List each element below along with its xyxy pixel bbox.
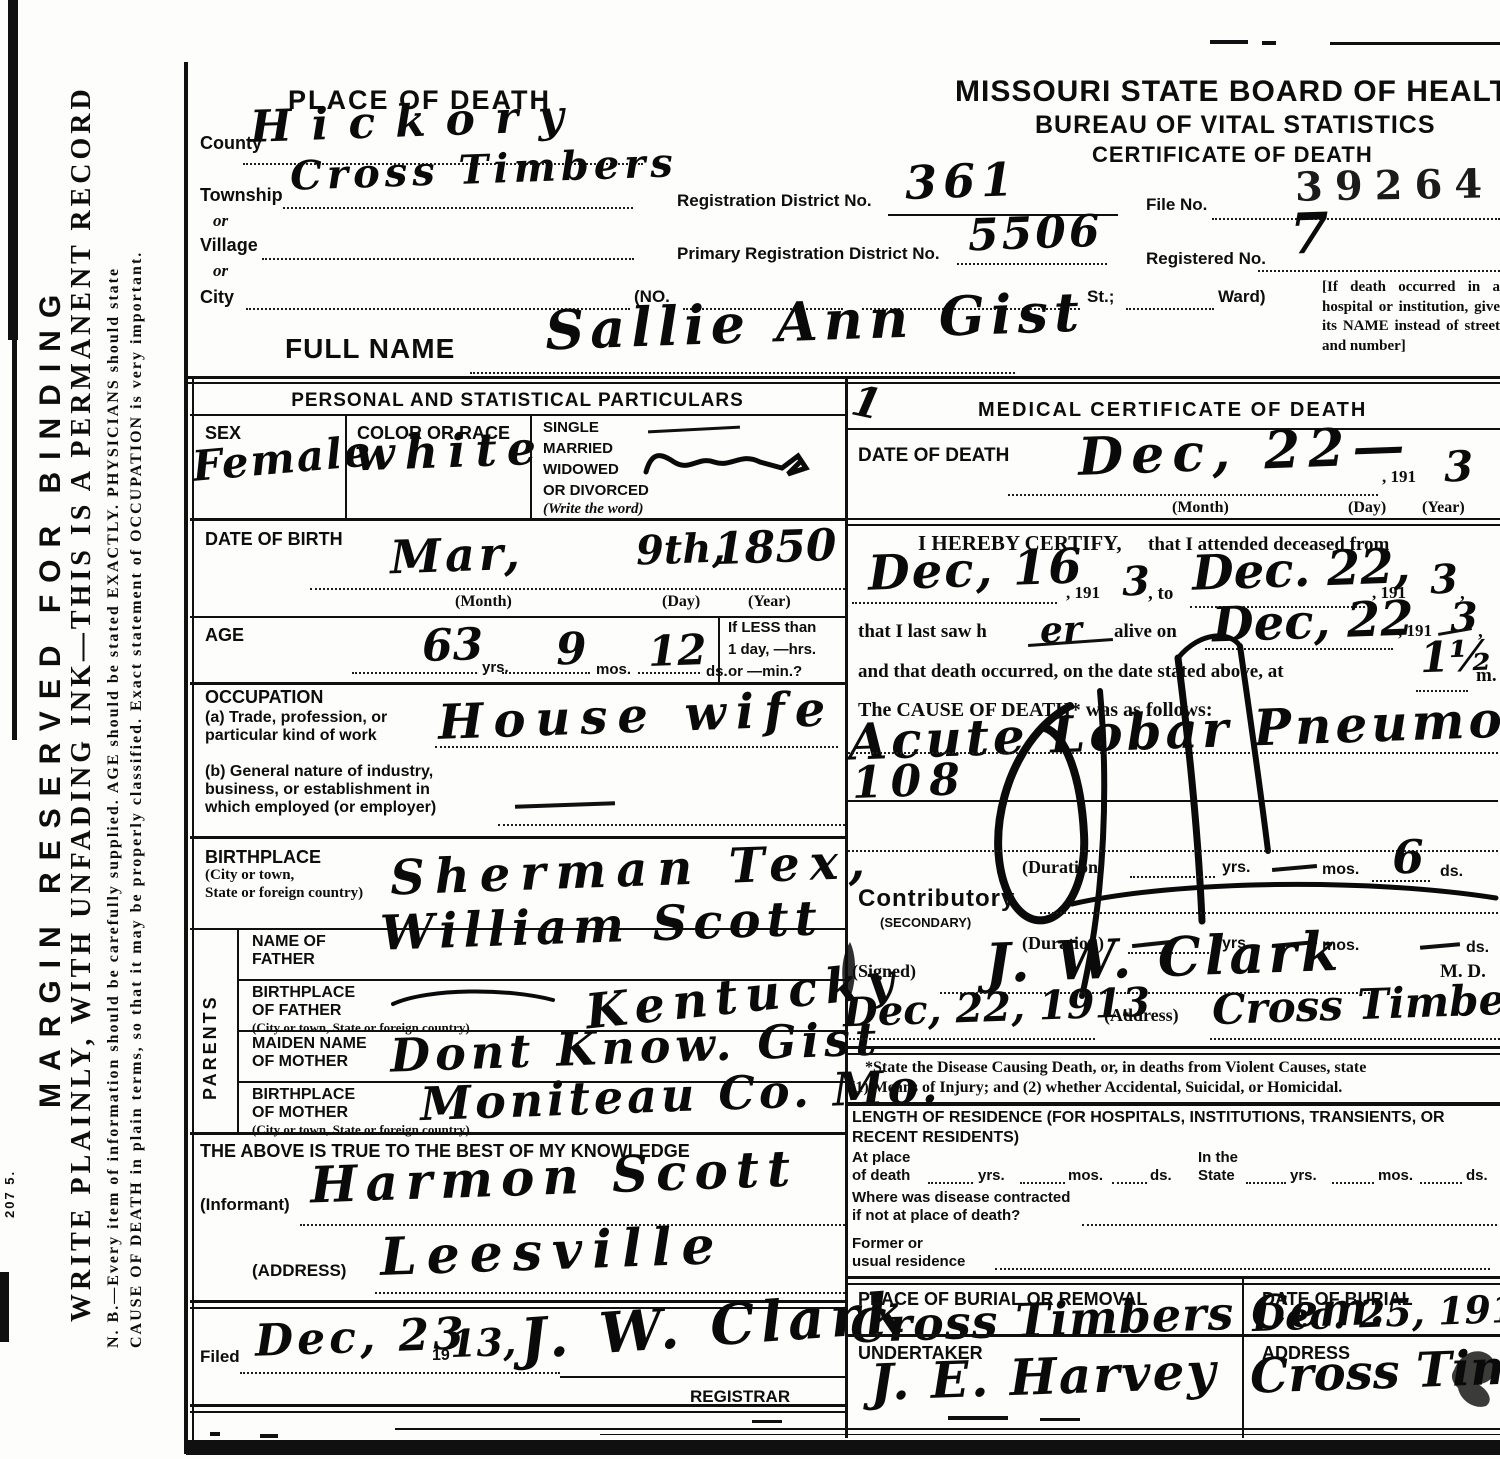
ruled-line — [1332, 1182, 1374, 1184]
occupation-b-label3: which employed (or employer) — [205, 800, 436, 817]
disease-contracted-label1: Where was disease contracted — [852, 1190, 1070, 1206]
primary-registration-value: 5506 — [967, 210, 1103, 259]
registration-district-value: 361 — [904, 156, 1020, 206]
date-of-death-label: DATE OF DEATH — [858, 446, 1009, 466]
ruled-line — [283, 207, 633, 209]
contributory-label: Contributory — [858, 886, 1015, 911]
row-border — [845, 524, 1500, 526]
main-top-border — [186, 382, 1500, 384]
dob-day-value: 9th, — [635, 528, 726, 571]
marital-widowed-label: WIDOWED — [543, 462, 619, 478]
scan-dash — [1040, 1418, 1080, 1421]
dob-year-value: 1850 — [713, 524, 837, 572]
father-name-label1: NAME OF — [252, 934, 326, 951]
mother-birthplace-label2: OF MOTHER — [252, 1105, 348, 1122]
printed-191: , 191 — [1066, 584, 1100, 602]
informant-address-value: Leesville — [379, 1220, 725, 1284]
bureau-subtitle: BUREAU OF VITAL STATISTICS — [1035, 112, 1436, 138]
margin-permanent-record-note: WRITE PLAINLY, WITH UNFADING INK—THIS IS… — [66, 85, 98, 1322]
physician-address-value: Cross Timbers, M — [1211, 975, 1500, 1031]
filed-year-printed: 19 — [432, 1348, 450, 1365]
ruled-line — [1210, 1038, 1500, 1040]
death-certificate-scan: MARGIN RESERVED FOR BINDING WRITE PLAINL… — [0, 0, 1500, 1459]
ruled-line — [995, 1268, 1490, 1270]
row-border — [190, 616, 845, 618]
row-border — [190, 1132, 845, 1135]
cell-divider — [530, 414, 532, 518]
at-place-label2: of death — [852, 1168, 910, 1184]
day-sublabel: (Day) — [662, 594, 700, 611]
ruled-line — [1112, 1182, 1147, 1184]
in-state-label1: In the — [1198, 1150, 1238, 1166]
cell-divider — [345, 414, 347, 518]
ruled-line — [1008, 494, 1378, 496]
ruled-line — [395, 1428, 1500, 1430]
bottom-scan-bar — [186, 1440, 1500, 1455]
mother-maiden-label2: OF MOTHER — [252, 1054, 348, 1071]
if-less-line3: or —min.? — [728, 664, 802, 680]
margin-nb-note: N. B.—Every item of information should b… — [102, 251, 148, 1348]
date-of-death-value: Dec, 22— — [1077, 420, 1413, 484]
footnote-line2: (1) Means of Injury; and (2) whether Acc… — [850, 1080, 1342, 1097]
hospital-note: [If death occurred in a hospital or inst… — [1322, 278, 1500, 356]
row-border — [190, 518, 845, 521]
form-left-border — [184, 62, 188, 1454]
former-residence-label2: usual residence — [852, 1254, 965, 1270]
row-border — [845, 1102, 1500, 1106]
ruled-line — [190, 414, 845, 416]
ruled-line — [502, 672, 590, 674]
ruled-line — [240, 1372, 560, 1374]
occupation-value: House wife — [437, 685, 836, 747]
ruled-line — [928, 1182, 973, 1184]
informant-label: (Informant) — [200, 1196, 290, 1214]
ink-dash-curve — [388, 986, 558, 1010]
row-border — [845, 1046, 1500, 1049]
footnote-line1: *State the Disease Causing Death, or, in… — [865, 1060, 1366, 1077]
village-label: Village — [200, 236, 258, 255]
row-border — [845, 1283, 1500, 1285]
scan-top-dash — [1210, 40, 1248, 44]
ruled-line — [1212, 218, 1500, 220]
street-label: St.; — [1087, 288, 1114, 306]
age-months-value: 9 — [555, 627, 587, 672]
attended-from-date: Dec, 16 — [867, 542, 1084, 597]
filed-label: Filed — [200, 1348, 240, 1366]
board-title: MISSOURI STATE BOARD OF HEALTH — [955, 76, 1500, 108]
marital-single-label: SINGLE — [543, 420, 599, 436]
at-place-label1: At place — [852, 1150, 910, 1166]
mos-label: mos. — [1068, 1168, 1103, 1184]
margin-nb-line1: N. B.—Every item of information should b… — [102, 251, 125, 1348]
stray-ink-mark: 1 — [848, 379, 885, 426]
in-state-label2: State — [1198, 1168, 1235, 1184]
row-border — [845, 1334, 1500, 1337]
occupation-b-label1: (b) General nature of industry, — [205, 764, 433, 781]
city-label: City — [200, 288, 234, 307]
ruled-line — [1040, 912, 1498, 914]
filed-year-value: 13, — [449, 1323, 516, 1363]
former-residence-label1: Former or — [852, 1236, 923, 1252]
margin-corner-fragment: 207 5. — [2, 1170, 17, 1218]
yrs-label: yrs. — [1290, 1168, 1317, 1184]
birthplace-label: BIRTHPLACE — [205, 848, 321, 867]
registration-district-label: Registration District No. — [677, 192, 872, 210]
ruled-line — [1420, 1182, 1462, 1184]
scan-dash — [948, 1416, 1008, 1420]
informant-signature: Harmon Scott — [309, 1143, 799, 1210]
marital-status-scribble — [640, 438, 815, 488]
ruled-line — [600, 1434, 1500, 1435]
ruled-line — [1020, 1182, 1065, 1184]
if-less-line1: If LESS than — [728, 620, 816, 636]
form-left-border-inner — [192, 378, 194, 1440]
ruled-line — [352, 672, 477, 674]
parents-side-label: PARENTS — [200, 994, 221, 1100]
row-border — [190, 1411, 845, 1413]
date-of-birth-label: DATE OF BIRTH — [205, 530, 343, 549]
age-years-value: 63 — [421, 623, 484, 669]
attended-from-year-digit: 3 — [1121, 562, 1150, 603]
county-value: Hickory — [249, 94, 584, 150]
ruled-line — [498, 824, 845, 826]
year-sublabel: (Year) — [1422, 500, 1465, 517]
row-border — [845, 1276, 1500, 1279]
occupation-a-label1: (a) Trade, profession, or — [205, 710, 387, 727]
informant-address-label: (ADDRESS) — [252, 1262, 346, 1280]
year-sublabel: (Year) — [748, 594, 791, 611]
secondary-label: (SECONDARY) — [880, 916, 971, 930]
township-value: Cross Timbers — [289, 143, 678, 197]
father-name-label2: FATHER — [252, 952, 315, 969]
scan-dash — [752, 1420, 782, 1423]
dob-month-value: Mar, — [389, 530, 524, 581]
residence-title-line2: RECENT RESIDENTS) — [852, 1130, 1019, 1147]
to-word: , to — [1148, 584, 1173, 604]
scan-dash — [260, 1434, 278, 1438]
occupation-label: OCCUPATION — [205, 688, 323, 707]
full-name-label: FULL NAME — [285, 334, 455, 363]
ink-blotch — [1448, 1340, 1500, 1410]
ruled-line — [470, 372, 1015, 374]
scan-dash — [210, 1432, 220, 1436]
or-label: or — [213, 262, 228, 280]
undertaker-signature: J. E. Harvey — [869, 1346, 1218, 1408]
row-border — [190, 1404, 845, 1407]
ds-label: ds. — [1150, 1168, 1172, 1184]
burial-date-value: Dec. 25, 1913 — [1251, 1289, 1500, 1337]
ruled-line — [262, 258, 634, 260]
ruled-line — [845, 1038, 1095, 1040]
occupation-b-label2: business, or establishment in — [205, 782, 430, 799]
ds-label: ds. — [706, 664, 728, 680]
registered-no-value: 7 — [1289, 205, 1330, 262]
ward-label: Ward) — [1218, 288, 1266, 306]
ruled-line — [852, 602, 1057, 604]
marital-married-label: MARRIED — [543, 441, 613, 457]
day-sublabel: (Day) — [1348, 500, 1386, 517]
marital-write-word-label: (Write the word) — [543, 502, 644, 518]
color-race-value: white — [354, 425, 547, 478]
marital-divorced-label: OR DIVORCED — [543, 483, 649, 499]
month-sublabel: (Month) — [455, 594, 512, 611]
ruled-line — [1258, 270, 1500, 272]
signed-label: (Signed) — [852, 962, 916, 981]
scan-top-dash — [1262, 41, 1276, 45]
ink-stroke-long — [1068, 874, 1500, 914]
printed-191: , 191 — [1382, 468, 1416, 486]
full-name-value: Sallie Ann Gist — [544, 285, 1085, 358]
father-name-value: William Scott — [379, 894, 823, 957]
primary-registration-label: Primary Registration District No. — [677, 245, 940, 263]
date-of-death-year-digit: 3 — [1443, 446, 1474, 489]
ruled-line — [638, 672, 700, 674]
birthplace-sublabel1: (City or town, — [205, 868, 294, 884]
row-border — [845, 518, 1500, 520]
scan-edge-bar — [8, 0, 18, 340]
residence-title-line1: LENGTH OF RESIDENCE (FOR HOSPITALS, INST… — [852, 1110, 1445, 1127]
file-no-label: File No. — [1146, 196, 1207, 214]
cell-divider — [718, 616, 720, 682]
yrs-label: yrs. — [978, 1168, 1005, 1184]
scan-edge-bar — [12, 340, 17, 740]
ruled-line — [310, 588, 845, 590]
personal-section-title: PERSONAL AND STATISTICAL PARTICULARS — [190, 390, 845, 412]
row-border — [845, 1053, 1500, 1055]
age-days-value: 12 — [647, 629, 707, 673]
month-sublabel: (Month) — [1172, 500, 1229, 517]
m-label: m. — [1476, 666, 1497, 686]
ds-label: ds. — [1466, 940, 1489, 957]
ds-label: ds. — [1466, 1168, 1488, 1184]
ruled-line — [435, 746, 838, 748]
margin-nb-line2: CAUSE OF DEATH in plain terms, so that i… — [125, 251, 148, 1348]
registered-no-label: Registered No. — [1146, 250, 1266, 268]
ruled-line — [560, 1376, 845, 1378]
or-label: or — [213, 212, 228, 230]
physician-signature: J. W. Clark — [984, 924, 1343, 990]
margin-binding-note: MARGIN RESERVED FOR BINDING — [34, 283, 68, 1108]
ruled-line — [1126, 308, 1214, 310]
mother-birthplace-label1: BIRTHPLACE — [252, 1087, 355, 1104]
mos-label: mos. — [596, 662, 631, 678]
ruled-line — [1082, 1224, 1497, 1226]
ink-dash — [1420, 942, 1460, 949]
father-birthplace-label2: OF FATHER — [252, 1003, 341, 1020]
age-label: AGE — [205, 626, 244, 645]
ruled-line — [957, 263, 1107, 265]
if-less-line2: 1 day, —hrs. — [728, 642, 816, 658]
occupation-a-label2: particular kind of work — [205, 728, 377, 745]
ruled-line — [1246, 1182, 1286, 1184]
scan-top-dash — [1330, 42, 1500, 45]
mother-maiden-label1: MAIDEN NAME — [252, 1036, 367, 1053]
ink-dash — [515, 801, 615, 808]
address-label: (Address) — [1104, 1006, 1179, 1025]
township-label: Township — [200, 186, 283, 205]
disease-contracted-label2: if not at place of death? — [852, 1208, 1020, 1224]
ink-dash — [648, 426, 740, 434]
father-birthplace-label1: BIRTHPLACE — [252, 985, 355, 1002]
main-top-border — [186, 376, 1500, 379]
scan-edge-mark — [0, 1272, 9, 1342]
mos-label: mos. — [1378, 1168, 1413, 1184]
birthplace-sublabel2: State or foreign country) — [205, 886, 363, 902]
